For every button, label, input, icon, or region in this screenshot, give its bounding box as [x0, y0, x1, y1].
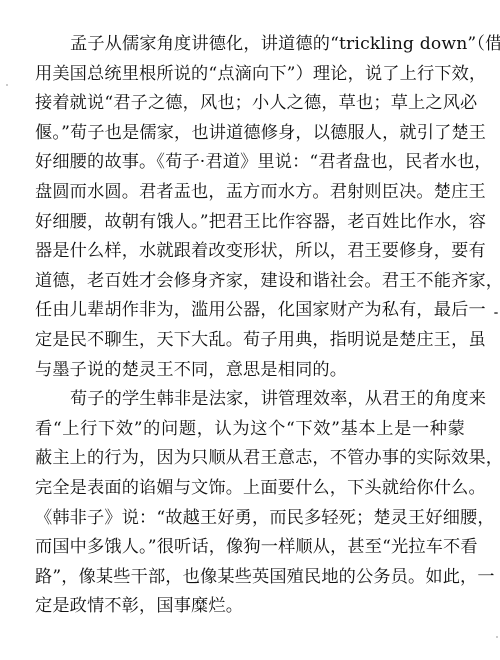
text-line: 器是什么样，水就跟着改变形状，所以，君王要修身，要有 — [35, 237, 465, 267]
text-line: 荀子的学生韩非是法家，讲管理效率，从君王的角度来 — [35, 385, 465, 415]
text-line: 定是民不聊生，天下大乱。荀子用典，指明说是楚庄王，虽 — [35, 326, 465, 356]
text-line: 蔽主上的行为，因为只顺从君王意志，不管办事的实际效果， — [35, 444, 465, 474]
text-line: 孟子从儒家角度讲德化，讲道德的“trickling down”（借 — [35, 30, 465, 60]
text-line: 看“上行下效”的问题，认为这个“下效”基本上是一种蒙 — [35, 415, 465, 445]
text-line: 偃。”荀子也是儒家，也讲道德修身，以德服人，就引了楚王 — [35, 119, 465, 149]
text-line: 与墨子说的楚灵王不同，意思是相同的。 — [35, 356, 465, 386]
text-line: 用美国总统里根所说的“点滴向下”）理论，说了上行下效， — [35, 60, 465, 90]
scanned-page: 孟子从儒家角度讲德化，讲道德的“trickling down”（借 用美国总统里… — [35, 30, 465, 622]
text-line: 道德，老百姓才会修身齐家，建设和谐社会。君王不能齐家， — [35, 267, 465, 297]
text-line: 而国中多饿人。”很听话，像狗一样顺从，甚至“光拉车不看 — [35, 533, 465, 563]
scan-speck — [496, 636, 498, 638]
text-line: 任由儿辈胡作非为，滥用公器，化国家财产为私有，最后一 — [35, 296, 465, 326]
scan-speck — [494, 312, 498, 314]
text-line: 好细腰，故朝有饿人。”把君王比作容器，老百姓比作水，容 — [35, 208, 465, 238]
text-line: 接着就说“君子之德，风也；小人之德，草也；草上之风必 — [35, 89, 465, 119]
text-line: 盘圆而水圆。君者盂也，盂方而水方。君射则臣决。楚庄王 — [35, 178, 465, 208]
text-line: 完全是表面的谄媚与文饰。上面要什么，下头就给你什么。 — [35, 474, 465, 504]
paragraph-1: 孟子从儒家角度讲德化，讲道德的“trickling down”（借 用美国总统里… — [35, 30, 465, 385]
text-line: 定是政情不彰，国事糜烂。 — [35, 592, 465, 622]
scan-speck — [6, 84, 8, 86]
paragraph-2: 荀子的学生韩非是法家，讲管理效率，从君王的角度来 看“上行下效”的问题，认为这个… — [35, 385, 465, 622]
text-line: 路”，像某些干部，也像某些英国殖民地的公务员。如此，一 — [35, 563, 465, 593]
text-line: 好细腰的故事。《荀子·君道》里说：“君者盘也，民者水也， — [35, 148, 465, 178]
text-line: 《韩非子》说：“故越王好勇，而民多轻死；楚灵王好细腰， — [35, 504, 465, 534]
